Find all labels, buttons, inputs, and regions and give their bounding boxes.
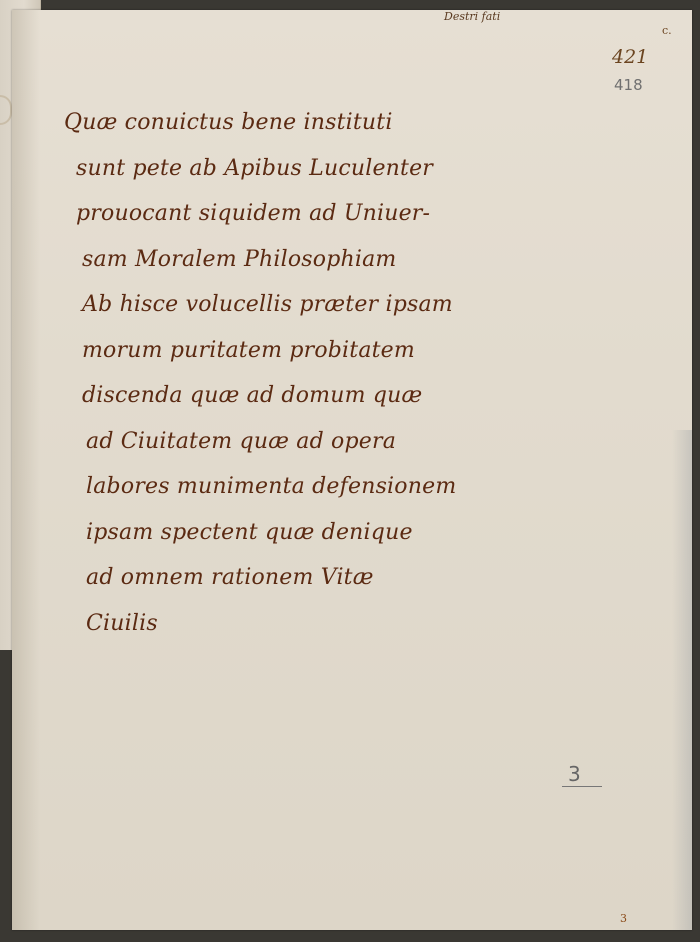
handwritten-text: Quæ conuictus bene instituti sunt pete a… [64,100,444,646]
corner-mark: c. [662,24,672,37]
text-line: labores munimenta defensionem [64,464,444,510]
text-line: sunt pete ab Apibus Luculenter [64,146,444,192]
leaf-curl-mark [0,95,12,125]
signature-number: 3 [562,762,602,787]
text-line: Quæ conuictus bene instituti [64,100,444,146]
folio-number-ink: 421 [612,46,648,68]
text-line: morum puritatem probitatem [64,328,444,374]
text-line: ad omnem rationem Vitæ [64,555,444,601]
text-line: ipsam spectent quæ denique [64,510,444,556]
text-line: sam Moralem Philosophiam [64,237,444,283]
folio-number-pencil: 418 [614,76,643,94]
text-line: prouocant siquidem ad Uniuer- [64,191,444,237]
top-annotation: Destri fati [444,10,500,23]
text-line: Ab hisce volucellis præter ipsam [64,282,444,328]
text-line: discenda quæ ad domum quæ [64,373,444,419]
text-line: ad Ciuitatem quæ ad opera [64,419,444,465]
bottom-mark: 3 [620,912,627,925]
text-line: Ciuilis [64,601,444,647]
manuscript-page: Destri fati c. 421 418 Quæ conuictus ben… [12,10,692,930]
